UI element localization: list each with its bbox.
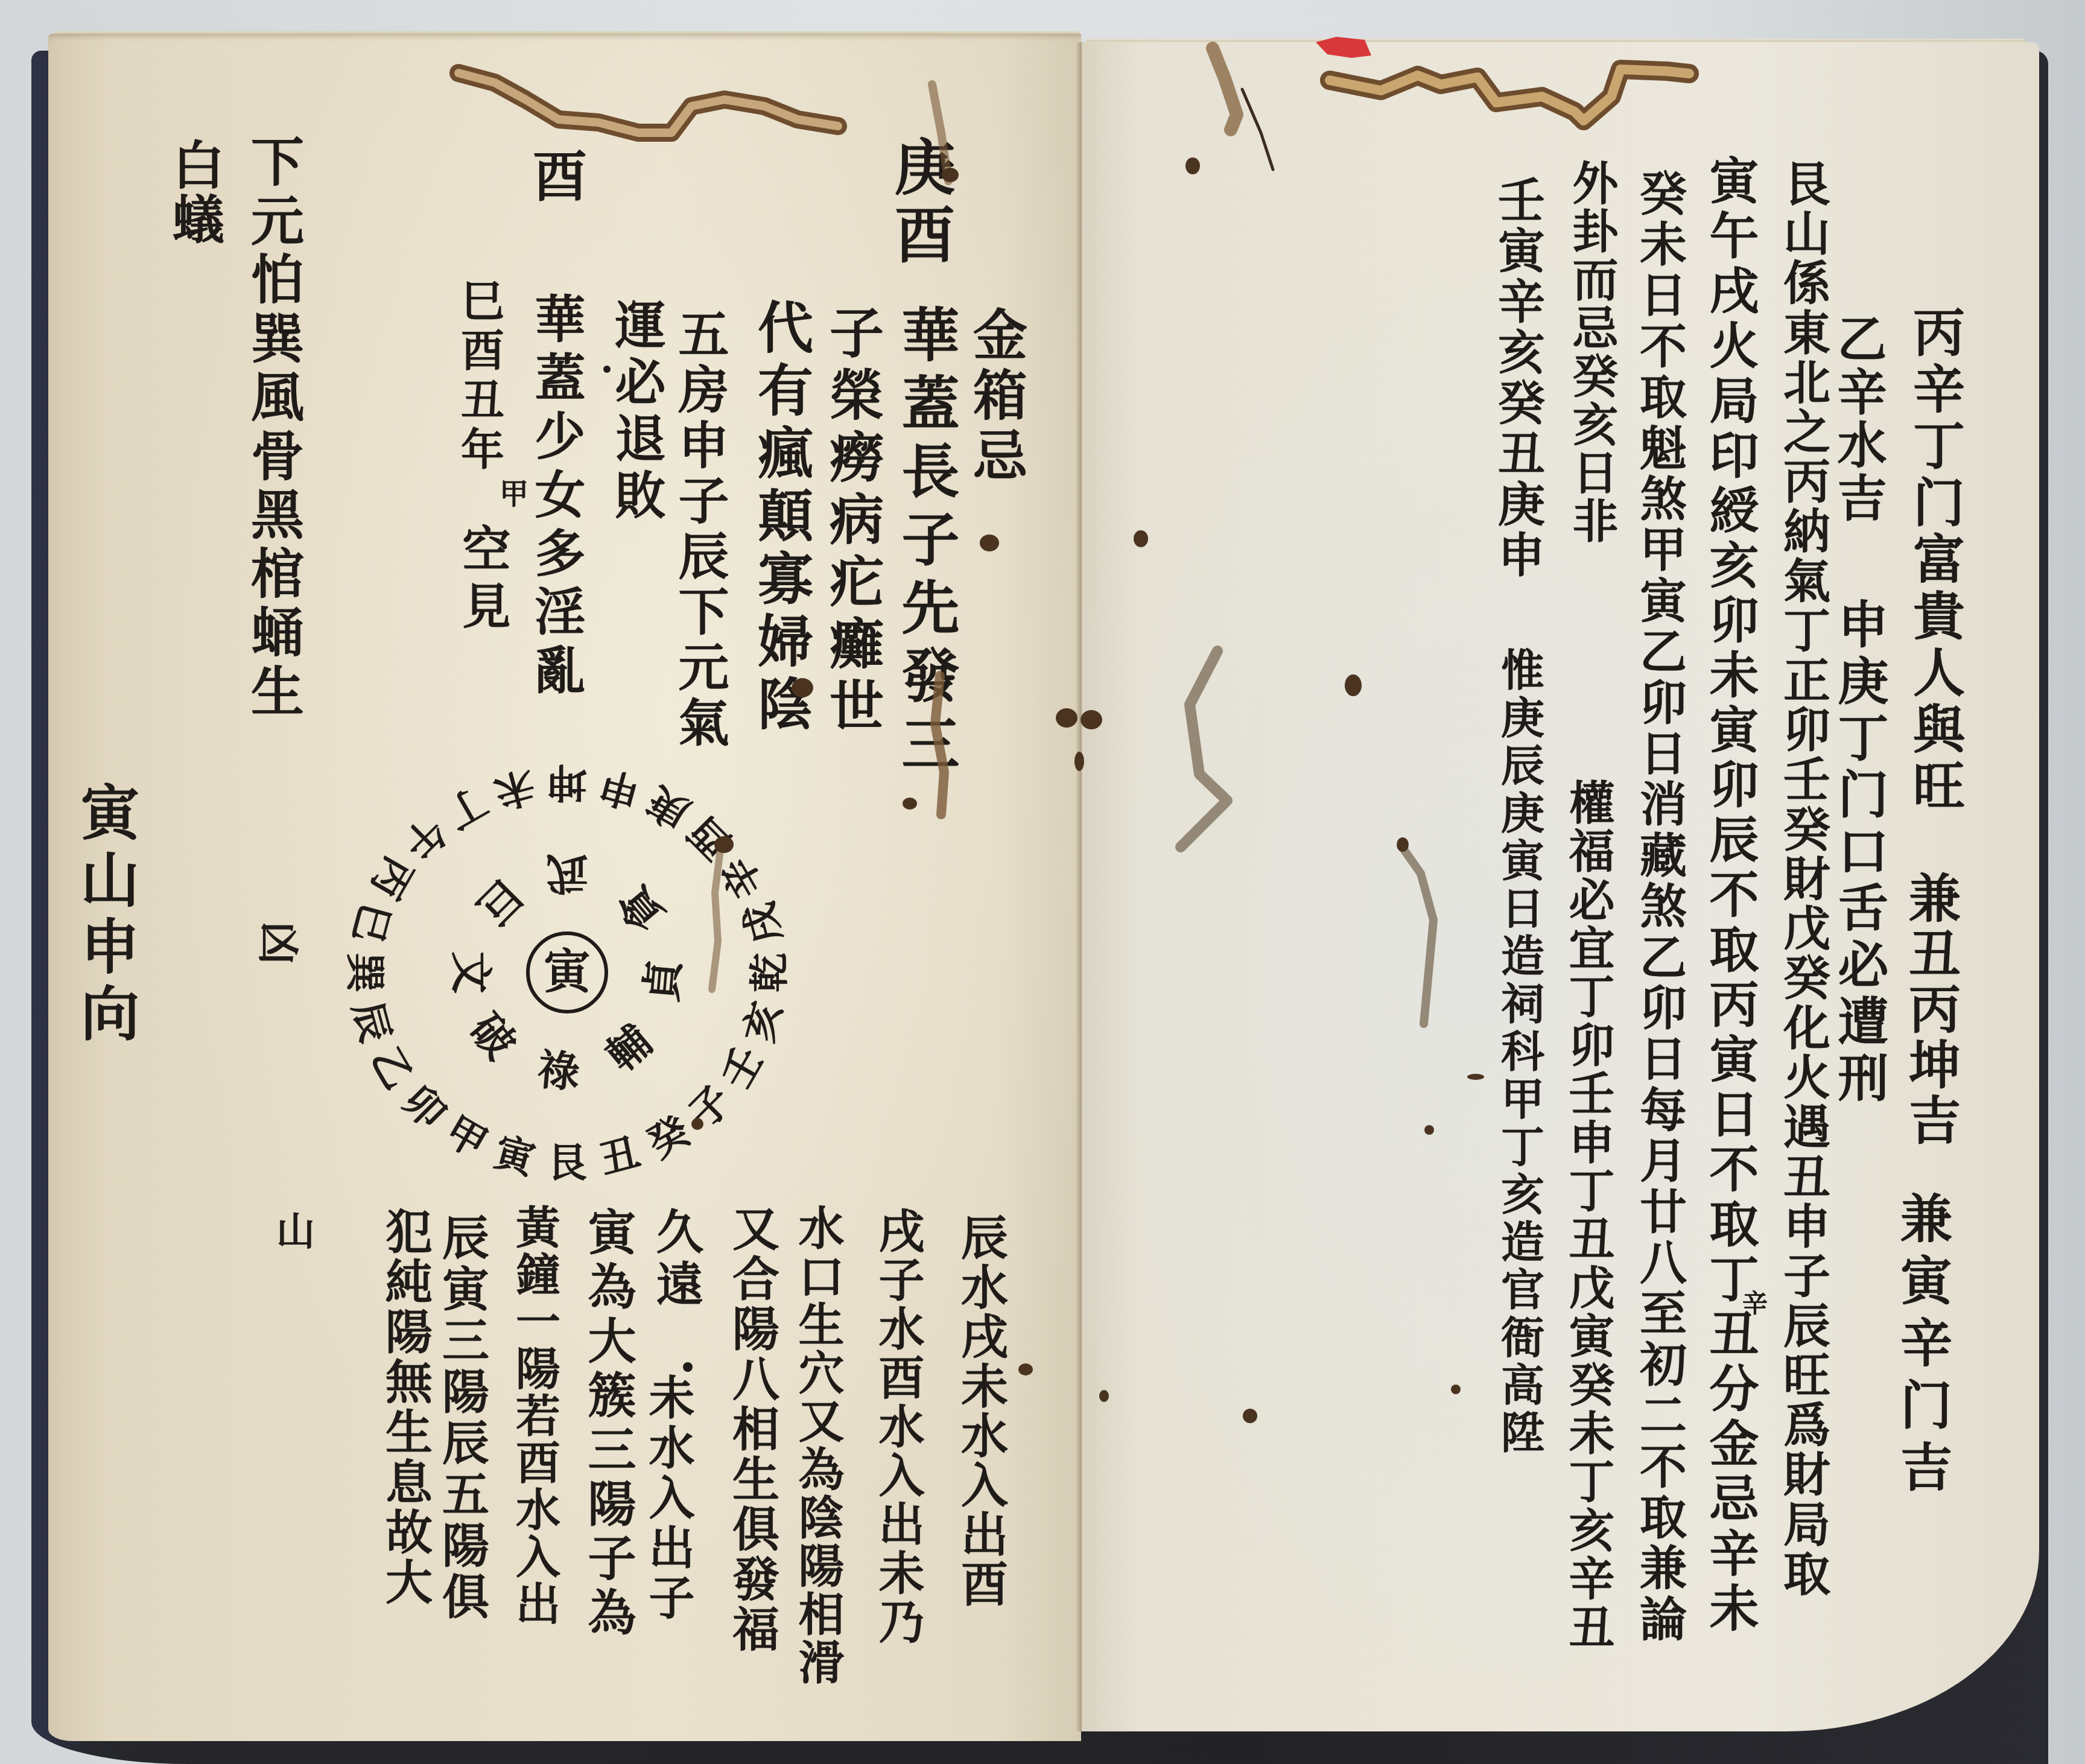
text-column: 寅午戌火局印綬亥卯未寅卯辰不取丙寅日不取丁丑分金忌辛未 (1706, 155, 1755, 1637)
text-column: 外卦而忌癸亥日非 (1569, 159, 1614, 545)
interlinear-note: 辛 (1742, 1291, 1768, 1316)
right-page: 丙辛丁门富貴人與旺 兼丑丙坤吉 兼寅辛门吉 乙辛水吉 申庚丁门口舌必遭刑 艮山係… (0, 0, 2085, 1764)
text-column: 申庚丁门口舌必遭刑 (1834, 598, 1885, 1108)
text-column: 癸未日不取魁煞甲寅乙卯日消藏煞乙卯日每月廿八至初二不取兼論 (1636, 169, 1683, 1646)
manuscript-photo: 庚酉 酉 金箱忌 華蓋長子先發三 子榮癆病疕癱世 代有瘋顛寡婦陰 五房申子辰下元… (0, 0, 2085, 1764)
text-column: 兼丑丙坤吉 (1904, 871, 1956, 1149)
text-column: 惟庚辰庚寅日造祠科甲丁亥造官衙高陞 (1497, 647, 1541, 1458)
text-column: 兼寅辛门吉 (1896, 1191, 1947, 1502)
text-column: 權福必宜丁卯壬申丁丑戊寅癸未丁亥辛丑 (1565, 779, 1611, 1652)
text-column: 艮山係東北之丙納氣丁正卯壬癸財戊癸化火遇丑申子辰旺爲財局取 (1779, 159, 1826, 1599)
text-column: 丙辛丁门富貴人與旺 (1908, 305, 1960, 816)
text-column: 壬寅辛亥癸丑庚申 (1494, 176, 1541, 581)
book-gutter (1076, 42, 1084, 1731)
text-column: 乙辛水吉 (1833, 313, 1883, 525)
